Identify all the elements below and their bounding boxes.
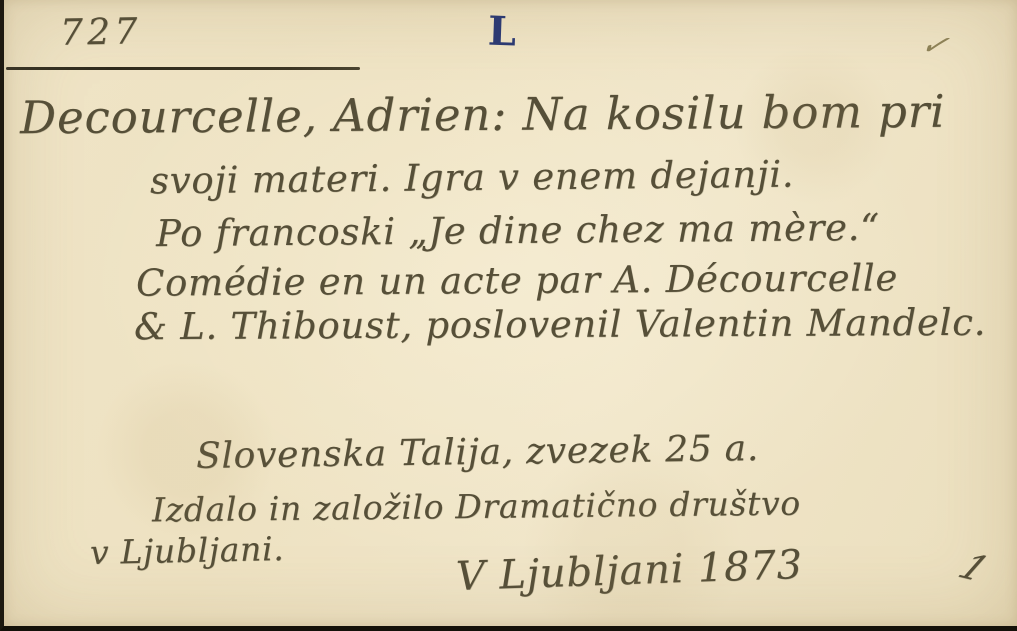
title-line: Po francoski „Je dine chez ma mère.“ [156,206,880,255]
publication-place: v Ljubljani. [90,529,285,572]
catalog-number: 727 [60,11,142,53]
blue-accession-mark: L [487,8,518,56]
check-mark-icon: ✓ [916,27,954,64]
title-line: Comédie en un acte par A. Décourcelle [136,256,898,304]
title-line: & L. Thiboust, poslovenil Valentin Mande… [134,301,986,348]
title-line: Decourcelle, Adrien: Na kosilu bom pri [20,85,946,144]
catalog-card: 727 L ✓ Decourcelle, Adrien: Na kosilu b… [0,0,1017,631]
title-line: svoji materi. Igra v enem dejanji. [150,153,795,203]
page-number: 1 [951,547,997,589]
publisher-statement: Izdalo in založilo Dramatično društvo [152,484,801,530]
series-statement: Slovenska Talija, zvezek 25 a. [196,428,760,477]
header-underline [6,67,360,70]
imprint-date: V Ljubljani 1873 [455,542,803,600]
